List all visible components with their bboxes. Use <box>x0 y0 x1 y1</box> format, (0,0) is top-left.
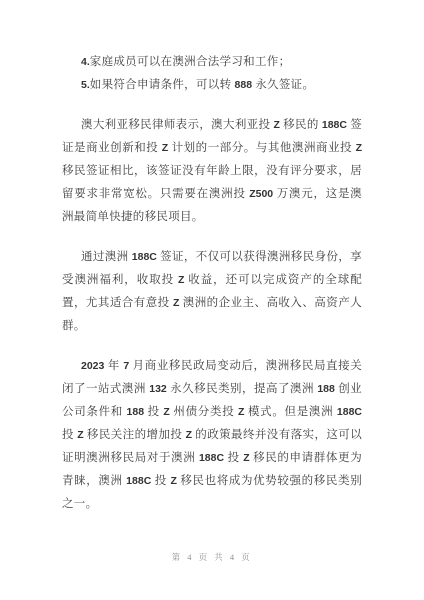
paragraph: 2023 年 7 月商业移民政局变动后，澳洲移民局直接关闭了一站式澳洲 132 … <box>62 355 362 516</box>
paragraph: 澳大利亚移民律师表示，澳大利亚投 Z 移民的 188C 签证是商业创新和投 Z … <box>62 114 362 229</box>
page-footer: 第 4 页 共 4 页 <box>0 551 424 563</box>
document-page: 4.家庭成员可以在澳洲合法学习和工作； 5.如果符合申请条件，可以转 888 永… <box>0 0 424 600</box>
document-body: 4.家庭成员可以在澳洲合法学习和工作； 5.如果符合申请条件，可以转 888 永… <box>62 51 362 516</box>
list-item: 4.家庭成员可以在澳洲合法学习和工作； <box>62 51 362 74</box>
list-item: 5.如果符合申请条件，可以转 888 永久签证。 <box>62 74 362 97</box>
paragraph: 通过澳洲 188C 签证，不仅可以获得澳洲移民身份，享受澳洲福利，收取投 Z 收… <box>62 246 362 338</box>
